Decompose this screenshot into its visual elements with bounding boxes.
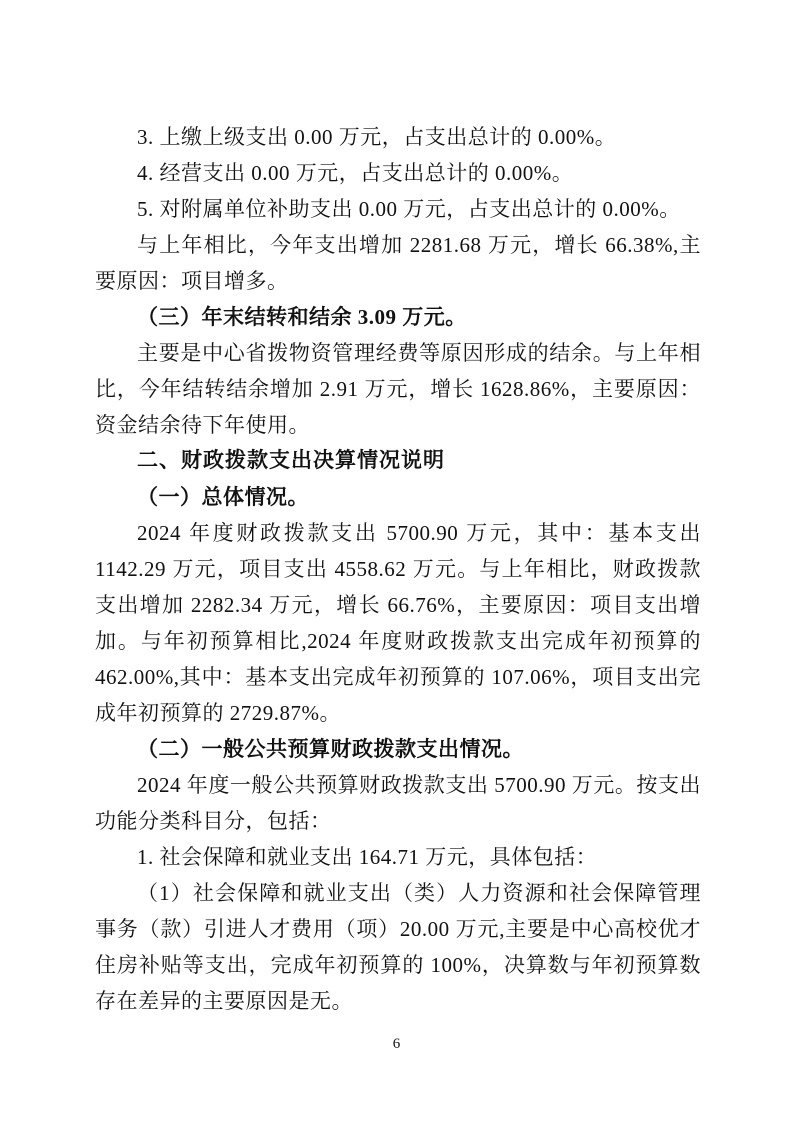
- paragraph-yoy-expense-comparison: 与上年相比，今年支出增加 2281.68 万元，增长 66.38%,主要原因：项…: [95, 227, 701, 299]
- paragraph-item-4-operating-expense: 4. 经营支出 0.00 万元，占支出总计的 0.00%。: [95, 155, 701, 191]
- paragraph-item-1-social-security: 1. 社会保障和就业支出 164.71 万元，具体包括：: [95, 839, 701, 875]
- paragraph-item-3-upper-level-expense: 3. 上缴上级支出 0.00 万元，占支出总计的 0.00%。: [95, 119, 701, 155]
- heading-part-2-fiscal-appropriation: 二、财政拨款支出决算情况说明: [95, 443, 701, 479]
- heading-section-3-carryover-balance: （三）年末结转和结余 3.09 万元。: [95, 299, 701, 335]
- paragraph-carryover-explanation: 主要是中心省拨物资管理经费等原因形成的结余。与上年相比，今年结转结余增加 2.9…: [95, 335, 701, 443]
- paragraph-item-5-subsidy-expense: 5. 对附属单位补助支出 0.00 万元，占支出总计的 0.00%。: [95, 191, 701, 227]
- paragraph-public-budget-expense: 2024 年度一般公共预算财政拨款支出 5700.90 万元。按支出功能分类科目…: [95, 767, 701, 839]
- document-page: 3. 上缴上级支出 0.00 万元，占支出总计的 0.00%。 4. 经营支出 …: [0, 0, 793, 1122]
- page-number: 6: [0, 1036, 793, 1053]
- heading-section-1-overall-situation: （一）总体情况。: [95, 479, 701, 515]
- paragraph-item-1-1-talent-funding: （1）社会保障和就业支出（类）人力资源和社会保障管理事务（款）引进人才费用（项）…: [95, 875, 701, 1019]
- heading-section-2-public-budget: （二）一般公共预算财政拨款支出情况。: [95, 731, 701, 767]
- paragraph-overall-fiscal-expense: 2024 年度财政拨款支出 5700.90 万元，其中：基本支出 1142.29…: [95, 515, 701, 731]
- document-body: 3. 上缴上级支出 0.00 万元，占支出总计的 0.00%。 4. 经营支出 …: [95, 119, 701, 1019]
